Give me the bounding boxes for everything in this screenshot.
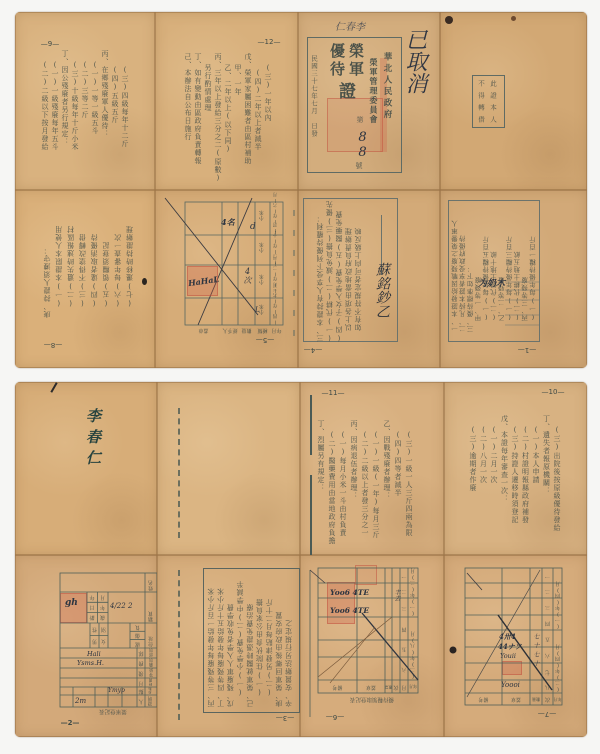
serial-prefix: 第 <box>355 116 365 124</box>
form-label: 住址 <box>148 624 154 647</box>
table-graphics <box>440 190 587 368</box>
text-line: (二)三等二斤 <box>80 50 90 170</box>
form-sublabel: 月 <box>137 678 145 687</box>
column-label: 蓋章 <box>185 327 222 334</box>
birth-grid-cell: 月 <box>97 592 108 602</box>
column-label: 數量 <box>530 693 542 705</box>
handwritten-value: 2m <box>75 697 86 705</box>
handwritten-amount: L <box>255 306 260 314</box>
text-line: (一)代耕(二)減免負擔(三)優先 <box>326 202 336 342</box>
text-line: 乙、二年以上(以下同) <box>223 53 233 183</box>
binding-hole <box>142 278 147 285</box>
text-line: 戊、榮軍家屬困難者由區村補助 <box>243 53 253 183</box>
text-line: 辛、安置辦法另行規定之 <box>285 573 295 707</box>
text-line: 己、本辦法自公布日施行 <box>183 53 193 183</box>
handwritten-entry: 丰去 <box>393 589 400 601</box>
sex-grid-cell: 男 <box>90 635 99 647</box>
text-line: (一)本人申請 <box>531 415 542 540</box>
handwritten-value: Ymyp <box>108 687 125 694</box>
text-line: (二)遺失時速報區村 <box>66 225 78 318</box>
text-line: 丁、遺失者報原機關： <box>541 415 552 540</box>
table-graphics <box>300 555 444 737</box>
page-5-panel: (一)年(六)月 (二)年(十)月 (三)年(二)月 (四)年(六)月 小米 小… <box>155 190 298 368</box>
row-mark: 二 <box>542 583 553 598</box>
handwritten-value: Hali <box>87 650 101 658</box>
text-line: (一)本證限本人使用 <box>54 225 66 318</box>
text-line: (三)持證人遷移時須登記 <box>510 415 521 540</box>
form-label: 姓名 <box>148 574 154 591</box>
period-cell: (一)年(二)月 <box>410 569 416 616</box>
handwritten-amount: d <box>250 222 256 232</box>
page-7-panel: 4卅4 44ナソ Youii Yoooi 七十七十 (一)年(四)月 (二)年(… <box>444 555 587 737</box>
date-cell: (四)年(六)月 <box>273 299 278 324</box>
text-line: (四)二年以上者減半 <box>253 53 263 183</box>
text-line: (五)領糧須登記 <box>101 225 113 318</box>
title-line-3: 證 <box>340 82 350 100</box>
handwritten-entry: 七十七十 <box>532 633 539 669</box>
issuer-name: 華北人民政府 <box>382 52 392 121</box>
page-number: —5— <box>250 336 280 344</box>
ink-stain <box>511 16 516 21</box>
handwritten-handler: 4名 <box>221 217 235 228</box>
cancelled-handwritten-mark: 已取消 <box>402 28 426 94</box>
text-line: 己、榮軍就醫時憑證免費治療 <box>246 573 256 707</box>
page-number: —4— <box>298 346 328 354</box>
page-number: —7— <box>532 710 562 718</box>
row-mark: 二 <box>400 583 408 598</box>
form-label: 部別 <box>148 649 153 657</box>
table-caption: 優待糧領取登記表 <box>342 696 402 704</box>
text-line: 三、本證持有人享受下列優待權利： <box>316 202 326 342</box>
page-number: —6— <box>320 713 350 721</box>
text-line: 庚、榮軍回鄉後由政府安置 <box>275 573 285 707</box>
row-mark: 一 <box>400 568 408 583</box>
row-mark: 八 <box>542 680 553 693</box>
birth-grid-cell: 齡 <box>87 612 97 622</box>
form-sublabel: 殘 <box>137 668 145 678</box>
text-line: (三)一級一人三斤四兩為限 <box>403 420 414 540</box>
handwritten-name: 李春仁 <box>84 408 102 471</box>
column-label: 蓋章 <box>357 680 385 693</box>
handwritten-entry: Yoo6 4TE <box>330 588 369 597</box>
handwritten-value: gh <box>65 598 78 608</box>
page-number: —8— <box>38 341 68 349</box>
form-sublabel: 務 <box>137 658 145 668</box>
column-label: 數量 <box>238 327 255 334</box>
period-cell: (二)年(四)月 <box>555 631 561 692</box>
text-line: (二)另發津貼每月二十斤 <box>265 573 275 707</box>
bottom-sheet: 李春仁 —11— (三)一級一人三斤四兩為限 (四)四等者減半 乙、因戰殘廢者辦… <box>15 382 587 737</box>
title-line-2: 優待 <box>332 43 342 79</box>
text-line: 丁、因公殘廢者另行規定： <box>60 50 70 170</box>
page-1-panel: 一、本證發給因戰殘廢之榮譽軍人 二、凡持本證者享受政府優待 三、優待標準如下： … <box>440 190 587 368</box>
page-4-panel: 三、本證持有人享受下列優待權利： (一)代耕(二)減免負擔(三)優先 (四)子女… <box>298 190 440 368</box>
text-line: (一)一等一級五斗 <box>90 50 100 170</box>
column-label: 數量 <box>385 680 392 693</box>
page-6-panel: Yoo6 4TE Yoo6 4TE 丰去 (一)年(二)月 (二)年(八)月 一… <box>300 555 444 737</box>
page-2-panel: 姓名 籍貫 住址 部別 職別 等級 時間 地點 證明 隊 務 殘 月 點 人 年… <box>15 555 157 737</box>
text-line: 丙、三等殘廢每年發給一百斤小米 <box>207 573 217 707</box>
stitch-marks <box>178 570 180 720</box>
inside-blank-page-left: 李春仁 <box>15 382 157 555</box>
text-line: 乙、因戰殘廢者辦理： <box>381 420 392 540</box>
text-line: (四)五級五斤 <box>110 50 120 170</box>
text-line: 另行酌情處理 <box>203 53 213 183</box>
text-line: (三)一年以內 <box>263 53 273 183</box>
text-line: (二)醫藥費用由當地政府負擔 <box>326 420 337 540</box>
handwritten-entry: 4卅4 <box>499 632 516 642</box>
row-mark: 四 <box>542 615 553 630</box>
column-label: 經手人 <box>222 327 238 334</box>
text-line: 丙、三年以上發給三分之二(原數) <box>213 53 223 183</box>
page-10-panel: —10— (三)出院後按原級優待發給 丁、遺失者報原機關： (一)本人申請 (二… <box>444 382 587 555</box>
page-body-text: 三、本證持有人享受下列優待權利： (一)代耕(二)減免負擔(三)優先 (四)子女… <box>316 202 364 342</box>
page-number: —9— <box>35 40 65 48</box>
text-line: 如有不符規定者可向上級反映 <box>354 202 364 342</box>
kind-cell: 小米 <box>259 242 265 253</box>
page-11-panel: —11— (三)一級一人三斤四兩為限 (四)四等者減半 乙、因戰殘廢者辦理： (… <box>300 382 444 555</box>
kind-cell: 小米 <box>259 210 265 221</box>
birth-grid-cell: 年 <box>97 602 108 612</box>
text-line: (二)八月一次 <box>478 415 489 540</box>
form-sublabel: 人 <box>137 695 145 707</box>
text-line: 戊、殘廢軍人入學者免收學費 <box>226 573 236 707</box>
form-sublabel: 點 <box>137 687 145 695</box>
text-line: (一)每月小米一斗由村負責 <box>337 420 348 540</box>
birth-grid-cell: 年 <box>87 592 97 602</box>
handwritten-entry: 44ナソ <box>498 642 522 652</box>
handwritten-amount: 4次 <box>242 267 253 284</box>
text-line: (二)二級以上者發三分之一 <box>359 420 370 540</box>
handwritten-note: 为奶木 <box>478 276 505 289</box>
page-number: —10— <box>538 388 568 396</box>
notice-box: 此證本人 不得轉借 <box>472 75 505 128</box>
text-line: (四)子女入學免費(五)醫藥免費 <box>335 202 345 342</box>
handwritten-entry: Youii <box>500 652 516 660</box>
page-body-text: (三)四級每年十二斤 (四)五級五斤 丙、在鄉殘廢軍人優待： (一)一等一級五斗… <box>40 50 130 170</box>
page-body-text: 丙、三等殘廢每年發給一百斤小米 丁、四等殘廢每年發給五十斤小米 戊、殘廢軍人入學… <box>207 573 295 707</box>
issue-date: 民國三十七年七月 日發 <box>309 55 319 138</box>
stitch-line <box>310 395 312 455</box>
column-label: 備考 <box>465 693 502 705</box>
text-line: (二)二級以下按月發給 <box>40 50 50 170</box>
page-number: —3— <box>270 714 300 722</box>
back-cover-panel: 此證本人 不得轉借 <box>440 12 587 190</box>
form-label: 時間 <box>148 679 153 686</box>
page-12-panel: —12— (三)一年以內 (四)二年以上者減半 戊、榮軍家屬困難者由區村補助 甲… <box>155 12 298 190</box>
page-body-text: (三)出院後按原級優待發給 丁、遺失者報原機關： (一)本人申請 (二)村證明報… <box>468 415 563 540</box>
text-line: (三)不得塗改轉借 <box>77 225 89 318</box>
text-line: 丁、四等殘廢每年發給五十斤小米 <box>217 573 227 707</box>
text-line: (一)小學免費(二)中學減半 <box>236 573 246 707</box>
handwritten-signature: 蘇銘鈔乙 <box>374 262 390 318</box>
text-line: (一)二月一次 <box>489 415 500 540</box>
column-label: 備考 <box>318 680 357 693</box>
small-table-rules <box>505 282 540 325</box>
page-body-text: 庚、持證人須遵守： (一)本證限本人使用 (二)遺失時速報區村 (三)不得塗改轉… <box>42 225 137 318</box>
text-line: 丁、如有變動由區政府負責轉報 <box>193 53 203 183</box>
column-label: 月 <box>400 680 408 693</box>
column-label: 年月 <box>270 327 283 334</box>
committee-name: 榮軍管理委員會 <box>368 58 378 125</box>
row-mark: 五 <box>542 630 553 647</box>
serial-suffix: 號 <box>354 162 364 170</box>
sex-grid-cell: 女 <box>99 635 108 647</box>
text-line: (四)違者取消優待 <box>89 225 101 318</box>
text-line: (一)一級(一年)每月三斤 <box>370 420 381 540</box>
serial-number-handwritten: 88 <box>355 130 369 160</box>
top-sheet: —9— (三)四級每年十二斤 (四)五級五斤 丙、在鄉殘廢軍人優待： (一)一等… <box>15 12 587 368</box>
text-line: 庚、持證人須遵守： <box>42 225 54 318</box>
text-line: (三)四級每年十二斤 <box>120 50 130 170</box>
title-line-1: 榮軍 <box>351 43 361 79</box>
sex-grid-cell: 性 <box>90 623 99 635</box>
ink-stain <box>445 16 453 24</box>
page-3-panel: 丙、三等殘廢每年發給一百斤小米 丁、四等殘廢每年發給五十斤小米 戊、殘廢軍人入學… <box>157 555 300 737</box>
row-mark: 五 <box>400 640 408 657</box>
column-label: 次 <box>392 680 400 693</box>
form-label: 等級 <box>148 669 153 677</box>
notice-line: 不得轉借 <box>475 80 487 128</box>
form-sublabel: 隊 <box>137 648 145 658</box>
injury-grid-cell: 傷 <box>130 631 145 639</box>
row-mark: 三 <box>542 598 553 615</box>
page-8-panel: 庚、持證人須遵守： (一)本證限本人使用 (二)遺失時速報區村 (三)不得塗改轉… <box>15 190 155 368</box>
stitch-line <box>310 475 312 555</box>
column-label: 蓋章 <box>502 693 530 705</box>
handwritten-owner-name: 李春仁 <box>335 18 365 33</box>
column-label: 次 <box>542 693 553 705</box>
injury-grid-cell: 處 <box>130 640 145 648</box>
row-mark: 六 <box>542 647 553 663</box>
text-line: 丙、因病退伍者辦理： <box>348 420 359 540</box>
page-number: —12— <box>254 38 284 46</box>
cross-out-lines <box>165 198 258 325</box>
injury-grid-cell: 負 <box>130 623 145 631</box>
page-number: —2— <box>55 719 85 727</box>
page-number: —11— <box>318 389 348 397</box>
notice-line: 此證本人 <box>487 80 499 128</box>
period-cell: (二)年(八)月 <box>410 618 416 679</box>
page-number: —1— <box>512 346 542 354</box>
birth-grid-cell: 日 <box>87 602 97 612</box>
form-label: 證明 <box>148 696 153 706</box>
text-line: (三)出院後按原級優待發給 <box>552 415 563 540</box>
text-line: (一)住院伙食由公家負擔 <box>256 573 266 707</box>
handwritten-value: 4/22 2 <box>110 602 132 610</box>
form-label: 籍貫 <box>148 593 154 622</box>
column-label: 種類 <box>255 327 270 334</box>
text-line: 以上各項由當地政府負責辦理 <box>345 202 355 342</box>
text-line: (三)十級每年十斤小米 <box>70 50 80 170</box>
stitch-marks <box>178 408 180 538</box>
text-line: (三)逾期者作廢 <box>468 415 479 540</box>
form-footer: 榮軍登記表 <box>93 708 133 716</box>
cover-panel: 李春仁 華北人民政府 榮軍管理委員會 榮軍 優待 證 民國三十七年七月 日發 第… <box>298 12 440 190</box>
row-mark: 七 <box>542 663 553 680</box>
handwritten-entry: Yoooi <box>501 681 520 689</box>
sex-grid-cell: 別 <box>99 623 108 635</box>
binding-hole <box>450 647 457 654</box>
notice-text: 此證本人 不得轉借 <box>475 80 499 128</box>
page-9-panel: —9— (三)四級每年十二斤 (四)五級五斤 丙、在鄉殘廢軍人優待： (一)一等… <box>15 12 155 190</box>
text-line: (一)一級殘廢每年五斗 <box>50 50 60 170</box>
inside-blank-page-right <box>157 382 300 555</box>
row-mark: 六 <box>400 657 408 680</box>
form-label: 職別 <box>148 659 153 667</box>
page-body-text: (三)一級一人三斤四兩為限 (四)四等者減半 乙、因戰殘廢者辦理： (一)一級(… <box>315 420 414 540</box>
text-line: (七)遷移時持證辦理 <box>125 225 137 318</box>
text-line: (六)每年審查一次 <box>113 225 125 318</box>
column-label: 年月 <box>408 680 418 693</box>
handwritten-entry: Yoo6 4TE <box>330 606 369 615</box>
birth-grid-cell: 歲 <box>97 612 108 622</box>
text-line: (四)四等者減半 <box>392 420 403 540</box>
row-mark: 一 <box>542 568 553 583</box>
column-label: 年月 <box>553 693 562 705</box>
row-mark: 三 <box>400 598 408 617</box>
pen-mark <box>50 382 57 393</box>
row-mark: 四 <box>400 617 408 640</box>
text-line: 丁、烈屬另有規定： <box>315 420 326 540</box>
period-cell: (一)年(四)月 <box>555 569 561 629</box>
handwritten-value: Ysms.H. <box>77 659 104 667</box>
page-body-text: (三)一年以內 (四)二年以上者減半 戊、榮軍家屬困難者由區村補助 甲、一年 乙… <box>183 53 273 183</box>
form-label: 地點 <box>148 688 153 694</box>
text-line: 丙、在鄉殘廢軍人優待： <box>100 50 110 170</box>
text-line: 戊、本證每年審查一次： <box>499 415 510 540</box>
text-line: (二)村證明報縣政府補發 <box>520 415 531 540</box>
text-line: 甲、一年 <box>233 53 243 183</box>
kind-cell: 小米 <box>259 274 265 285</box>
